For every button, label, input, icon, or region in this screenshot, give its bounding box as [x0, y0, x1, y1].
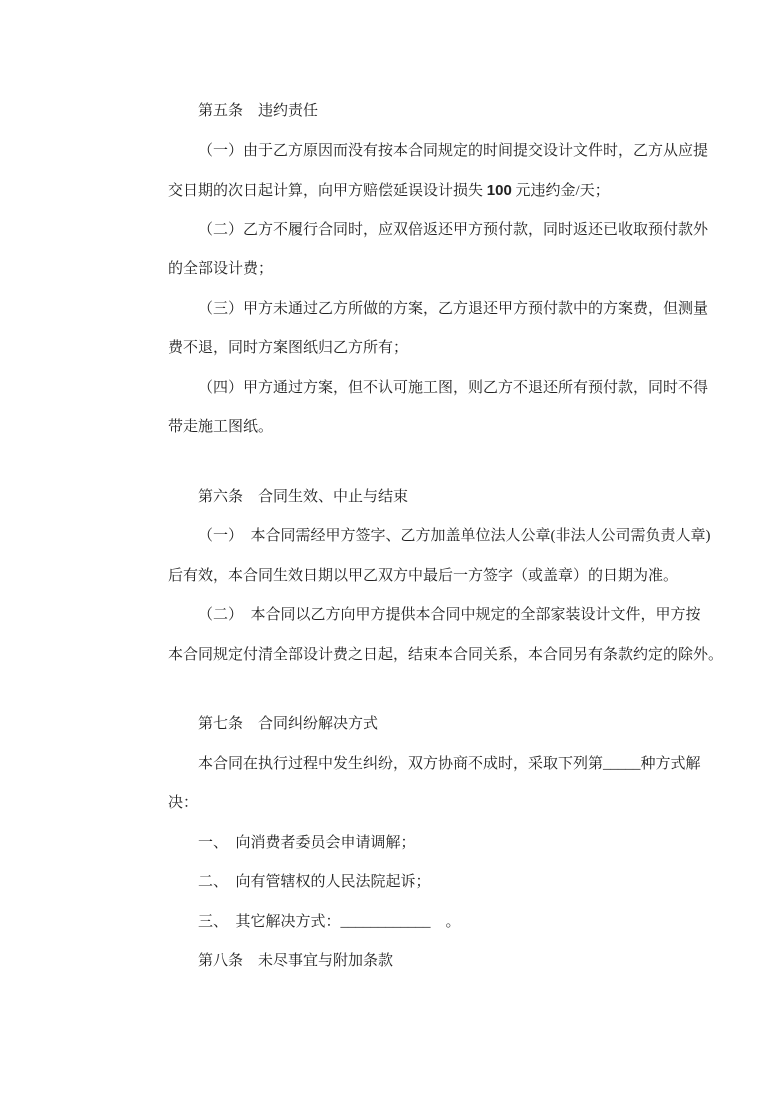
text-segment: 一、 向消费者委员会申请调解； [198, 835, 416, 851]
text-line: 本合同规定付清全部设计费之日起，结束本合同关系，本合同另有条款约定的除外。 [168, 636, 728, 676]
text-segment: 决： [168, 795, 198, 811]
text-segment: 第八条 未尽事宜与附加条款 [198, 953, 393, 969]
text-segment: 元违约金/天； [512, 183, 610, 199]
section-heading: 第八条 未尽事宜与附加条款 [168, 942, 728, 982]
text-segment: 后有效，本合同生效日期以甲乙双方中最后一方签字（或盖章）的日期为准。 [168, 568, 678, 584]
text-segment: （一） 本合同需经甲方签字、乙方加盖单位法人公章(非法人公司需负责人章) [198, 528, 711, 544]
text-segment: （四）甲方通过方案，但不认可施工图，则乙方不退还所有预付款，同时不得 [198, 380, 708, 396]
text-line: （四）甲方通过方案，但不认可施工图，则乙方不退还所有预付款，同时不得 [168, 369, 728, 409]
text-segment: （二）乙方不履行合同时，应双倍返还甲方预付款，同时返还已收取预付款外 [198, 222, 708, 238]
text-line: （三）甲方未通过乙方所做的方案，乙方退还甲方预付款中的方案费，但测量 [168, 290, 728, 330]
text-line: （一） 本合同需经甲方签字、乙方加盖单位法人公章(非法人公司需负责人章) [168, 517, 728, 557]
text-line: 的全部设计费； [168, 250, 728, 290]
text-segment: 本合同在执行过程中发生纠纷，双方协商不成时，采取下列第_____种方式解 [198, 756, 701, 772]
text-segment: 本合同规定付清全部设计费之日起，结束本合同关系，本合同另有条款约定的除外。 [168, 647, 723, 663]
text-line: （一）由于乙方原因而没有按本合同规定的时间提交设计文件时，乙方从应提 [168, 132, 728, 172]
text-segment: 第七条 合同纠纷解决方式 [198, 716, 378, 732]
section-heading: 第五条 违约责任 [168, 92, 728, 132]
text-segment: （一）由于乙方原因而没有按本合同规定的时间提交设计文件时，乙方从应提 [198, 143, 708, 159]
list-item: 二、 向有管辖权的人民法院起诉； [168, 863, 728, 903]
document-body: 第五条 违约责任（一）由于乙方原因而没有按本合同规定的时间提交设计文件时，乙方从… [168, 92, 728, 982]
text-segment: （二） 本合同以乙方向甲方提供本合同中规定的全部家装设计文件，甲方按 [198, 607, 701, 623]
document-page: 第五条 违约责任（一）由于乙方原因而没有按本合同规定的时间提交设计文件时，乙方从… [0, 0, 774, 1095]
text-segment: 的全部设计费； [168, 261, 273, 277]
text-line: 决： [168, 784, 728, 824]
list-item: 三、 其它解决方式：____________ 。 [168, 903, 728, 943]
text-segment: 第五条 违约责任 [198, 103, 318, 119]
text-line: 后有效，本合同生效日期以甲乙双方中最后一方签字（或盖章）的日期为准。 [168, 557, 728, 597]
text-segment: 第六条 合同生效、中止与结束 [198, 489, 408, 505]
section-heading: 第六条 合同生效、中止与结束 [168, 478, 728, 518]
section-heading: 第七条 合同纠纷解决方式 [168, 705, 728, 745]
text-segment: 交日期的次日起计算，向甲方赔偿延误设计损失 [168, 183, 487, 199]
text-segment: 费不退，同时方案图纸归乙方所有； [168, 340, 408, 356]
penalty-amount: 100 [487, 182, 512, 199]
text-line: 带走施工图纸。 [168, 408, 728, 448]
text-line: 本合同在执行过程中发生纠纷，双方协商不成时，采取下列第_____种方式解 [168, 745, 728, 785]
text-line: （二） 本合同以乙方向甲方提供本合同中规定的全部家装设计文件，甲方按 [168, 596, 728, 636]
text-line: （二）乙方不履行合同时，应双倍返还甲方预付款，同时返还已收取预付款外 [168, 211, 728, 251]
text-segment: 带走施工图纸。 [168, 419, 273, 435]
list-item: 一、 向消费者委员会申请调解； [168, 824, 728, 864]
text-segment: （三）甲方未通过乙方所做的方案，乙方退还甲方预付款中的方案费，但测量 [198, 301, 708, 317]
text-segment: 二、 向有管辖权的人民法院起诉； [198, 874, 431, 890]
text-line: 费不退，同时方案图纸归乙方所有； [168, 329, 728, 369]
text-line: 交日期的次日起计算，向甲方赔偿延误设计损失 100 元违约金/天； [168, 171, 728, 211]
text-segment: 三、 其它解决方式：____________ 。 [198, 914, 461, 930]
